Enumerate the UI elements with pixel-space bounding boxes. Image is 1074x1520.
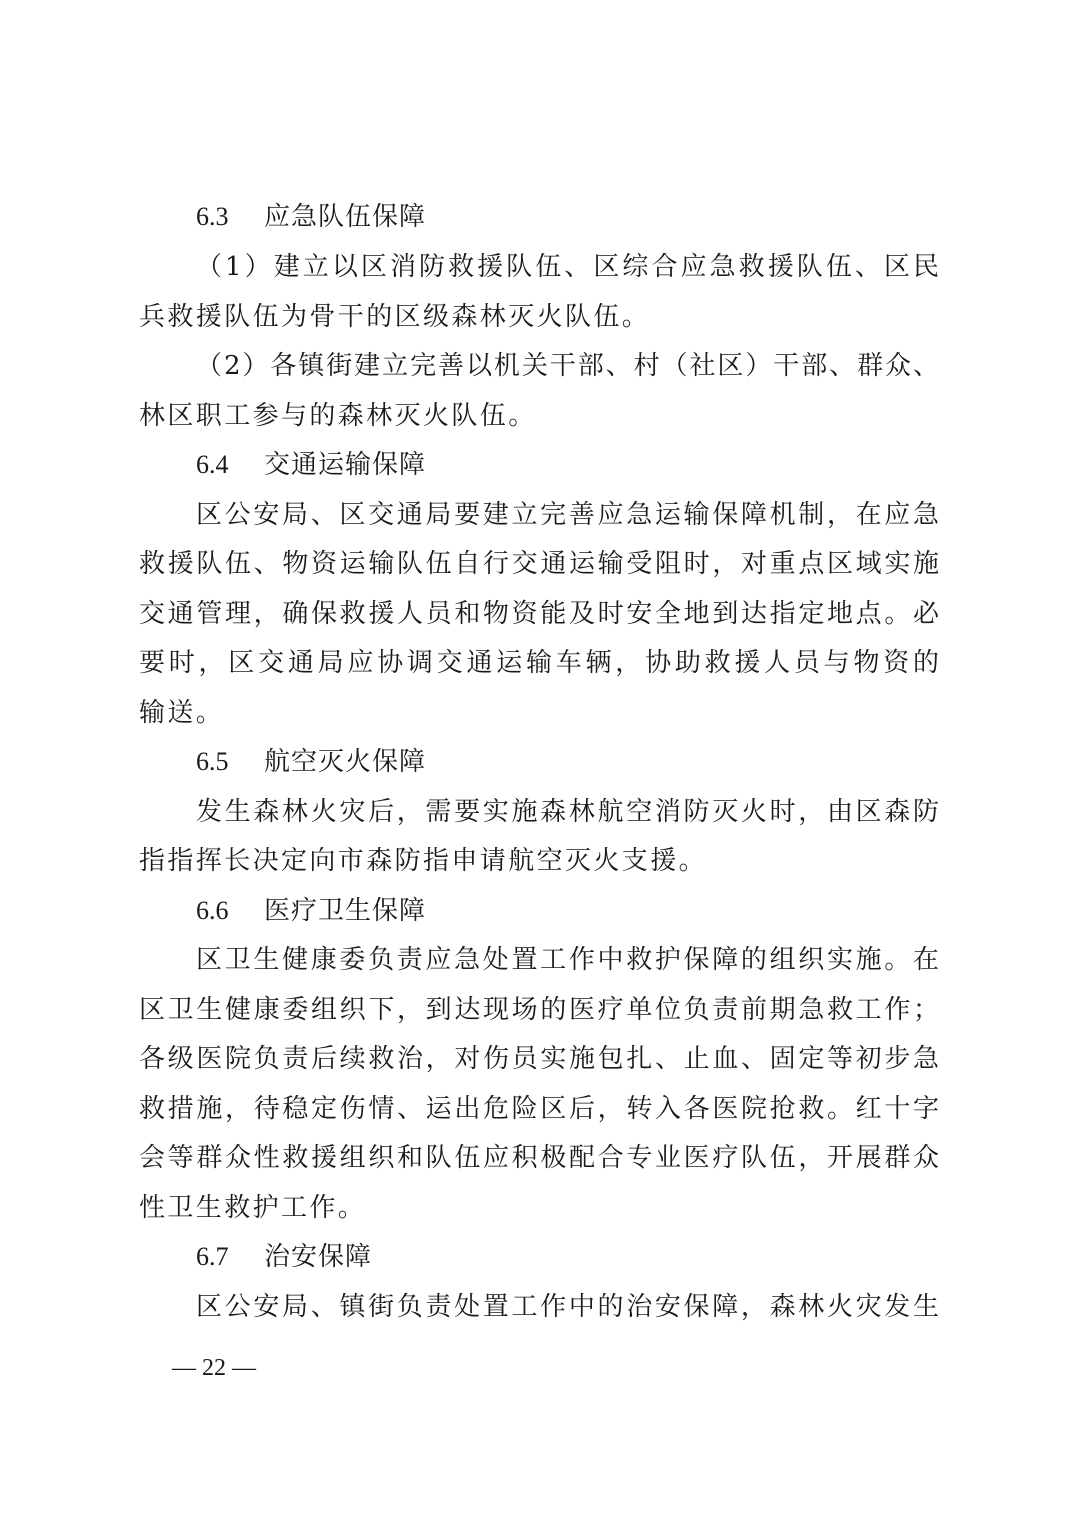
section-title: 交通运输保障 xyxy=(264,450,426,480)
section-title: 医疗卫生保障 xyxy=(264,896,426,926)
paragraph-line: 兵救援队伍为骨干的区级森林灭火队伍。 xyxy=(139,297,939,337)
section-number: 6.6 xyxy=(196,891,264,931)
paragraph-line: 性卫生救护工作。 xyxy=(139,1188,939,1228)
paragraph-line: 会等群众性救援组织和队伍应积极配合专业医疗队伍，开展群众 xyxy=(139,1138,939,1178)
section-title: 航空灭火保障 xyxy=(264,747,426,777)
paragraph-line: 救措施，待稳定伤情、运出危险区后，转入各医院抢救。红十字 xyxy=(139,1089,939,1129)
page-number: — 22 — xyxy=(172,1350,256,1386)
paragraph-line: 输送。 xyxy=(139,693,939,733)
paragraph-line: 区卫生健康委组织下，到达现场的医疗单位负责前期急救工作； xyxy=(139,990,939,1030)
paragraph-line: 救援队伍、物资运输队伍自行交通运输受阻时，对重点区域实施 xyxy=(139,544,939,584)
section-heading-6-3: 6.3应急队伍保障 xyxy=(196,197,426,237)
paragraph-line: 区公安局、镇街负责处置工作中的治安保障，森林火灾发生 xyxy=(196,1287,939,1327)
paragraph-line: 林区职工参与的森林灭火队伍。 xyxy=(139,396,939,436)
section-number: 6.7 xyxy=(196,1237,264,1277)
section-heading-6-4: 6.4交通运输保障 xyxy=(196,445,426,485)
paragraph-line: 区卫生健康委负责应急处置工作中救护保障的组织实施。在 xyxy=(196,940,939,980)
section-number: 6.3 xyxy=(196,197,264,237)
paragraph-line: 发生森林火灾后，需要实施森林航空消防灭火时，由区森防 xyxy=(196,792,939,832)
paragraph-line: 要时，区交通局应协调交通运输车辆，协助救援人员与物资的 xyxy=(139,643,939,683)
paragraph-line: 区公安局、区交通局要建立完善应急运输保障机制，在应急 xyxy=(196,495,939,535)
paragraph-line: 各级医院负责后续救治，对伤员实施包扎、止血、固定等初步急 xyxy=(139,1039,939,1079)
section-number: 6.5 xyxy=(196,742,264,782)
section-number: 6.4 xyxy=(196,445,264,485)
paragraph-line: （2）各镇街建立完善以机关干部、村（社区）干部、群众、 xyxy=(196,346,939,386)
section-title: 治安保障 xyxy=(264,1242,372,1272)
section-heading-6-7: 6.7治安保障 xyxy=(196,1237,372,1277)
paragraph-line: 指指挥长决定向市森防指申请航空灭火支援。 xyxy=(139,841,939,881)
section-heading-6-5: 6.5航空灭火保障 xyxy=(196,742,426,782)
section-title: 应急队伍保障 xyxy=(264,202,426,232)
section-heading-6-6: 6.6医疗卫生保障 xyxy=(196,891,426,931)
paragraph-line: 交通管理，确保救援人员和物资能及时安全地到达指定地点。必 xyxy=(139,594,939,634)
paragraph-line: （1）建立以区消防救援队伍、区综合应急救援队伍、区民 xyxy=(196,247,939,287)
